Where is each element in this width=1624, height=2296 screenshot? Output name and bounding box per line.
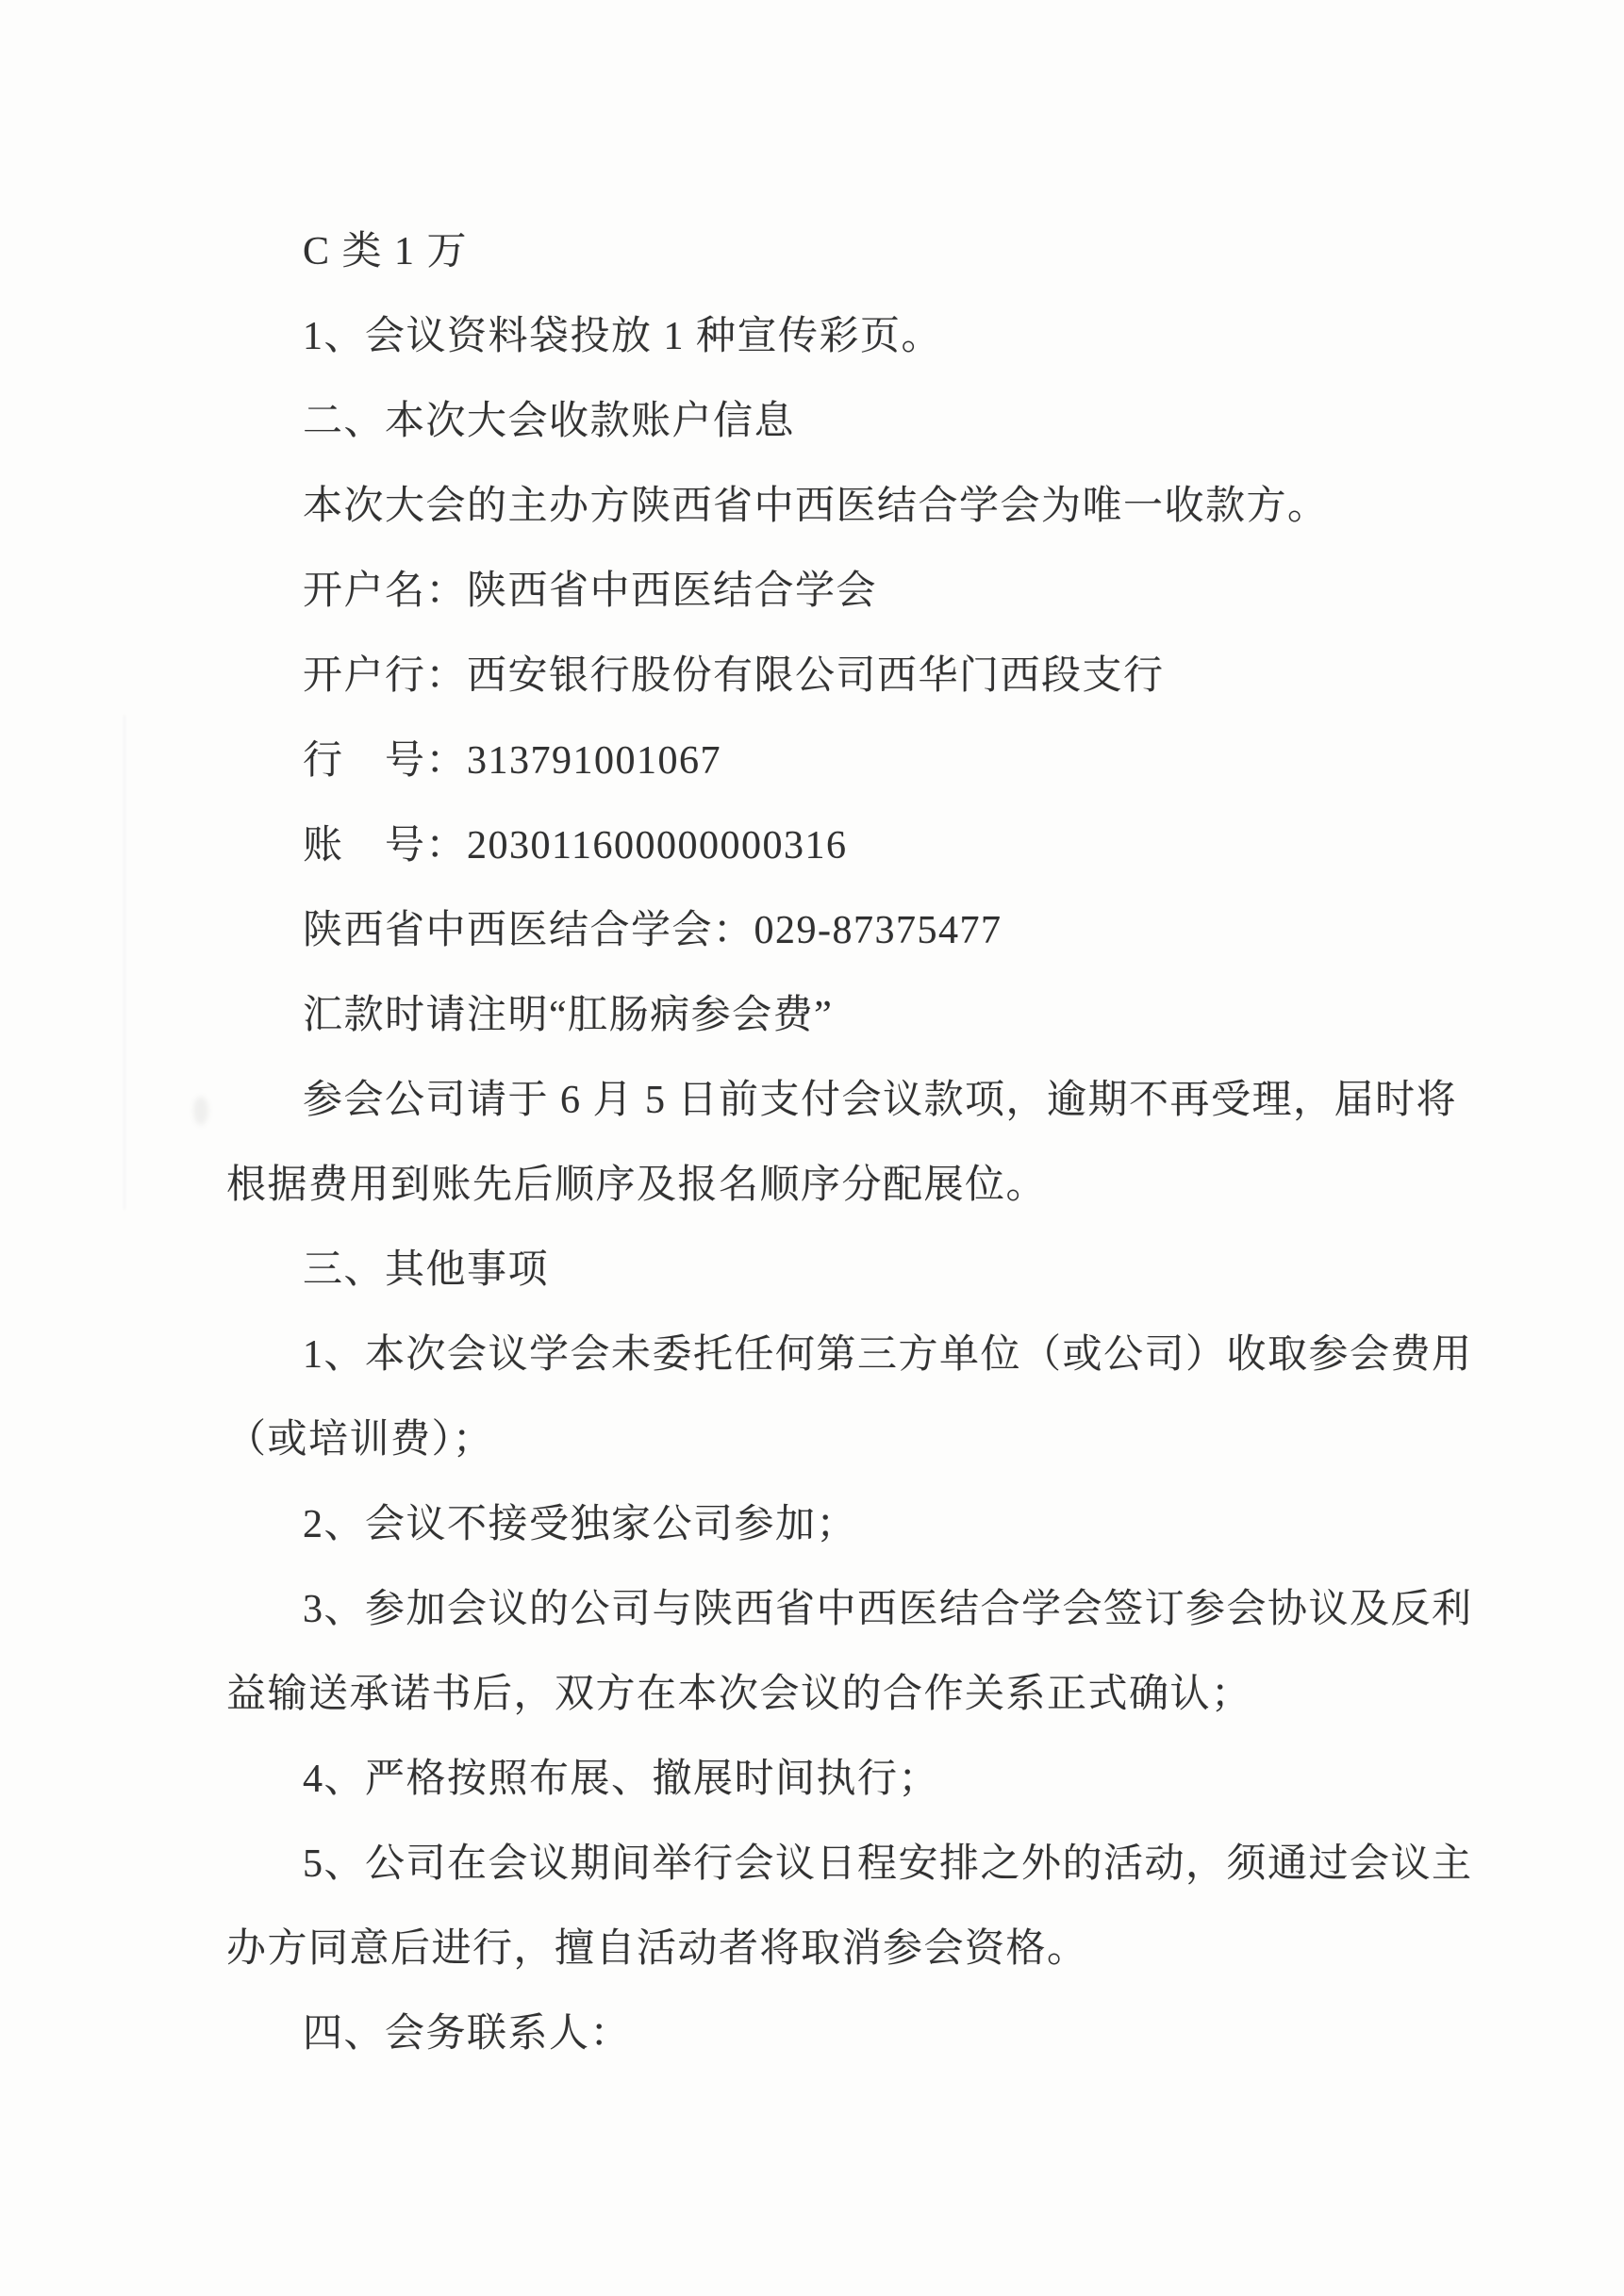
text-line: 三、其他事项 [226, 1228, 1483, 1313]
text-line: 二、本次大会收款账户信息 [226, 379, 1483, 464]
text-line: 5、公司在会议期间举行会议日程安排之外的活动，须通过会议主 [226, 1822, 1483, 1907]
text-line: 参会公司请于 6 月 5 日前支付会议款项，逾期不再受理，届时将 [226, 1058, 1483, 1143]
text-line: 开户行：西安银行股份有限公司西华门西段支行 [226, 634, 1483, 719]
text-line: 办方同意后进行，擅自活动者将取消参会资格。 [226, 1907, 1483, 1991]
text-line: 四、会务联系人： [226, 1991, 1483, 2076]
text-line: 4、严格按照布展、撤展时间执行； [226, 1737, 1483, 1822]
text-line: 1、会议资料袋投放 1 种宣传彩页。 [226, 294, 1483, 379]
text-line: 根据费用到账先后顺序及报名顺序分配展位。 [226, 1143, 1483, 1228]
text-line: 行 号：313791001067 [226, 719, 1483, 803]
text-line: 账 号：203011600000000316 [226, 803, 1483, 888]
text-line: 1、本次会议学会未委托任何第三方单位（或公司）收取参会费用 [226, 1313, 1483, 1397]
text-line: 汇款时请注明“肛肠病参会费” [226, 973, 1483, 1058]
text-line: 本次大会的主办方陕西省中西医结合学会为唯一收款方。 [226, 464, 1483, 549]
scan-streak-artifact [124, 715, 125, 1210]
text-line: （或培训费）； [226, 1397, 1483, 1482]
scan-smudge-artifact [193, 1097, 208, 1125]
text-line: 3、参加会议的公司与陕西省中西医结合学会签订参会协议及反利 [226, 1567, 1483, 1652]
text-line: C 类 1 万 [226, 209, 1483, 294]
scanned-document-page: C 类 1 万1、会议资料袋投放 1 种宣传彩页。二、本次大会收款账户信息本次大… [0, 0, 1624, 2296]
text-line: 2、会议不接受独家公司参加； [226, 1482, 1483, 1567]
text-line: 陕西省中西医结合学会：029-87375477 [226, 888, 1483, 973]
text-line: 开户名：陕西省中西医结合学会 [226, 549, 1483, 634]
text-line: 益输送承诺书后，双方在本次会议的合作关系正式确认； [226, 1652, 1483, 1737]
document-body: C 类 1 万1、会议资料袋投放 1 种宣传彩页。二、本次大会收款账户信息本次大… [226, 209, 1483, 2076]
